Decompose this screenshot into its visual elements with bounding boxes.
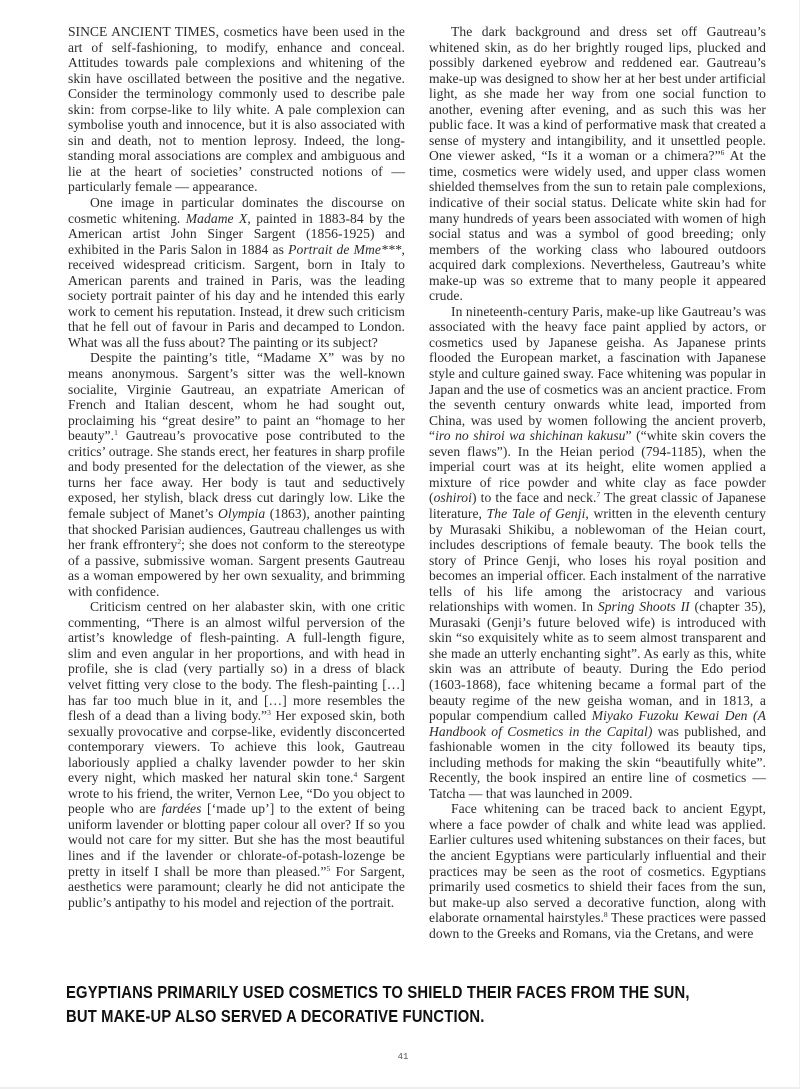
artwork-title: Madame X — [186, 211, 248, 226]
left-column: SINCE ANCIENT TIMES, cosmetics have been… — [68, 24, 405, 941]
paragraph-criticism: Criticism centred on her alabaster skin,… — [68, 599, 405, 910]
text-columns: SINCE ANCIENT TIMES, cosmetics have been… — [68, 24, 766, 941]
proverb: iro no shiroi wa shichinan kakusu — [435, 428, 625, 443]
book-page: SINCE ANCIENT TIMES, cosmetics have been… — [0, 0, 800, 1089]
pull-quote: EGYPTIANS PRIMARILY USED COSMETICS TO SH… — [66, 980, 745, 1028]
paragraph-public-face: The dark background and dress set off Ga… — [429, 24, 766, 304]
paragraph-madame-x: One image in particular dominates the di… — [68, 195, 405, 350]
foreign-term: fardées — [162, 801, 202, 816]
pull-quote-line: EGYPTIANS PRIMARILY USED COSMETICS TO SH… — [66, 980, 745, 1004]
lead-in: SINCE ANCIENT TIMES — [68, 24, 216, 39]
foreign-term: oshiroi — [434, 490, 472, 505]
artwork-title: Olympia — [218, 506, 265, 521]
pull-quote-line: BUT MAKE-UP ALSO SERVED A DECORATIVE FUN… — [66, 1004, 745, 1028]
paragraph-egypt: Face whitening can be traced back to anc… — [429, 801, 766, 941]
paragraph-sitter: Despite the painting’s title, “Madame X”… — [68, 350, 405, 599]
artwork-title: Portrait de Mme*** — [288, 242, 401, 257]
page-number: 41 — [0, 1052, 800, 1062]
right-column: The dark background and dress set off Ga… — [429, 24, 766, 941]
paragraph-intro: SINCE ANCIENT TIMES, cosmetics have been… — [68, 24, 405, 195]
chapter-title: Spring Shoots II — [598, 599, 690, 614]
paragraph-japan: In nineteenth-century Paris, make-up lik… — [429, 304, 766, 802]
book-title: The Tale of Genji — [487, 506, 586, 521]
